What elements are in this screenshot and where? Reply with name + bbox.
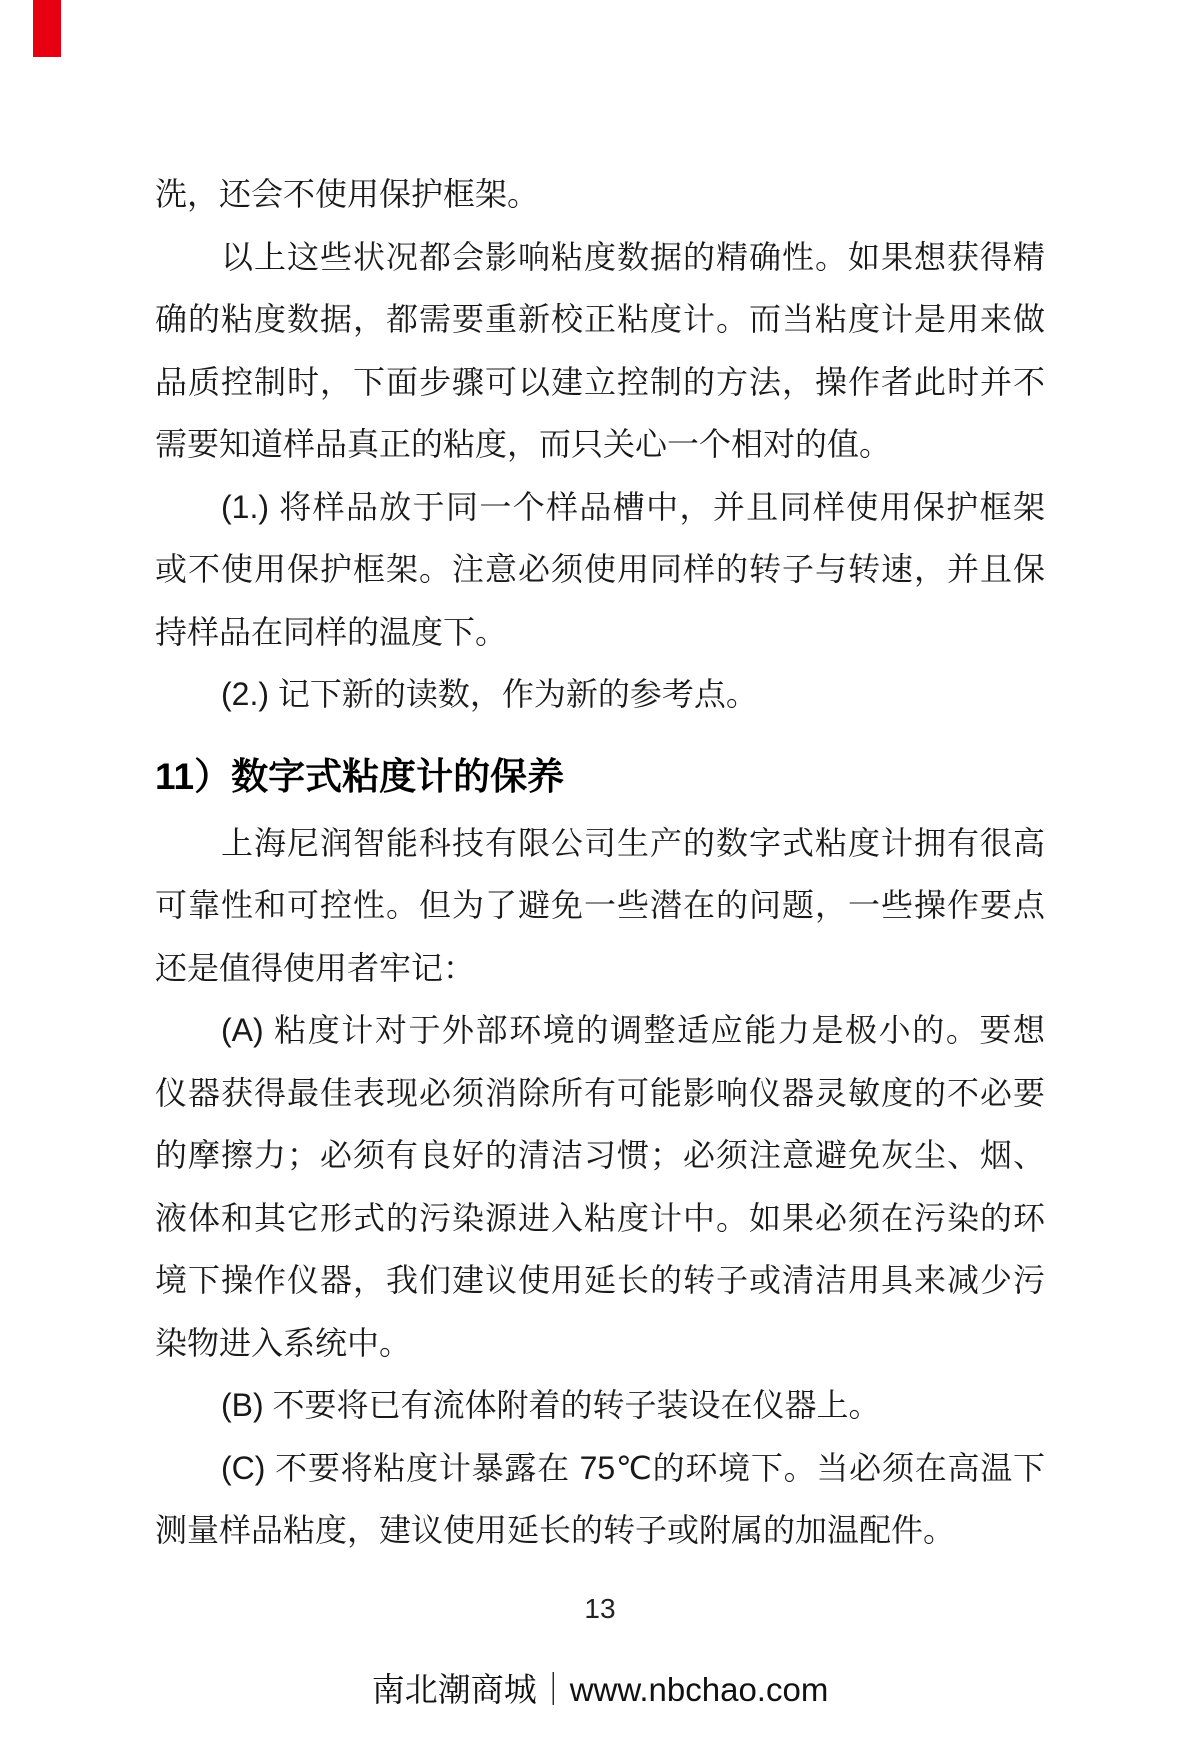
red-bookmark <box>33 0 61 57</box>
text-line: (A) 粘度计对于外部环境的调整适应能力是极小的。要想 <box>155 999 1045 1062</box>
text-line: 上海尼润智能科技有限公司生产的数字式粘度计拥有很高 <box>155 812 1045 875</box>
text-line: 需要知道样品真正的粘度，而只关心一个相对的值。 <box>155 413 1045 476</box>
text-line: 可靠性和可控性。但为了避免一些潜在的问题，一些操作要点 <box>155 874 1045 937</box>
text-line: (1.) 将样品放于同一个样品槽中，并且同样使用保护框架 <box>155 476 1045 539</box>
text-line: 还是值得使用者牢记： <box>155 937 1045 1000</box>
text-line: 的摩擦力；必须有良好的清洁习惯；必须注意避免灰尘、烟、 <box>155 1124 1045 1187</box>
page-number: 13 <box>0 1593 1200 1625</box>
section-heading: 11）数字式粘度计的保养 <box>155 742 1045 812</box>
document-page: 洗，还会不使用保护框架。以上这些状况都会影响粘度数据的精确性。如果想获得精确的粘… <box>0 0 1200 1742</box>
text-line: 洗，还会不使用保护框架。 <box>155 163 1045 226</box>
text-line: 持样品在同样的温度下。 <box>155 601 1045 664</box>
text-line: 确的粘度数据，都需要重新校正粘度计。而当粘度计是用来做 <box>155 288 1045 351</box>
text-line: 染物进入系统中。 <box>155 1312 1045 1375</box>
text-line: 或不使用保护框架。注意必须使用同样的转子与转速，并且保 <box>155 538 1045 601</box>
text-line: (C) 不要将粘度计暴露在 75℃的环境下。当必须在高温下 <box>155 1437 1045 1500</box>
text-line: 品质控制时，下面步骤可以建立控制的方法，操作者此时并不 <box>155 351 1045 414</box>
text-line: 测量样品粘度，建议使用延长的转子或附属的加温配件。 <box>155 1499 1045 1562</box>
footer-site-line: 南北潮商城｜www.nbchao.com <box>0 1668 1200 1712</box>
text-line: 以上这些状况都会影响粘度数据的精确性。如果想获得精 <box>155 226 1045 289</box>
text-line: 仪器获得最佳表现必须消除所有可能影响仪器灵敏度的不必要 <box>155 1062 1045 1125</box>
text-line: 境下操作仪器，我们建议使用延长的转子或清洁用具来减少污 <box>155 1249 1045 1312</box>
document-body: 洗，还会不使用保护框架。以上这些状况都会影响粘度数据的精确性。如果想获得精确的粘… <box>155 163 1045 1562</box>
text-line: 液体和其它形式的污染源进入粘度计中。如果必须在污染的环 <box>155 1187 1045 1250</box>
text-line: (B) 不要将已有流体附着的转子装设在仪器上。 <box>155 1374 1045 1437</box>
text-line: (2.) 记下新的读数，作为新的参考点。 <box>155 663 1045 726</box>
